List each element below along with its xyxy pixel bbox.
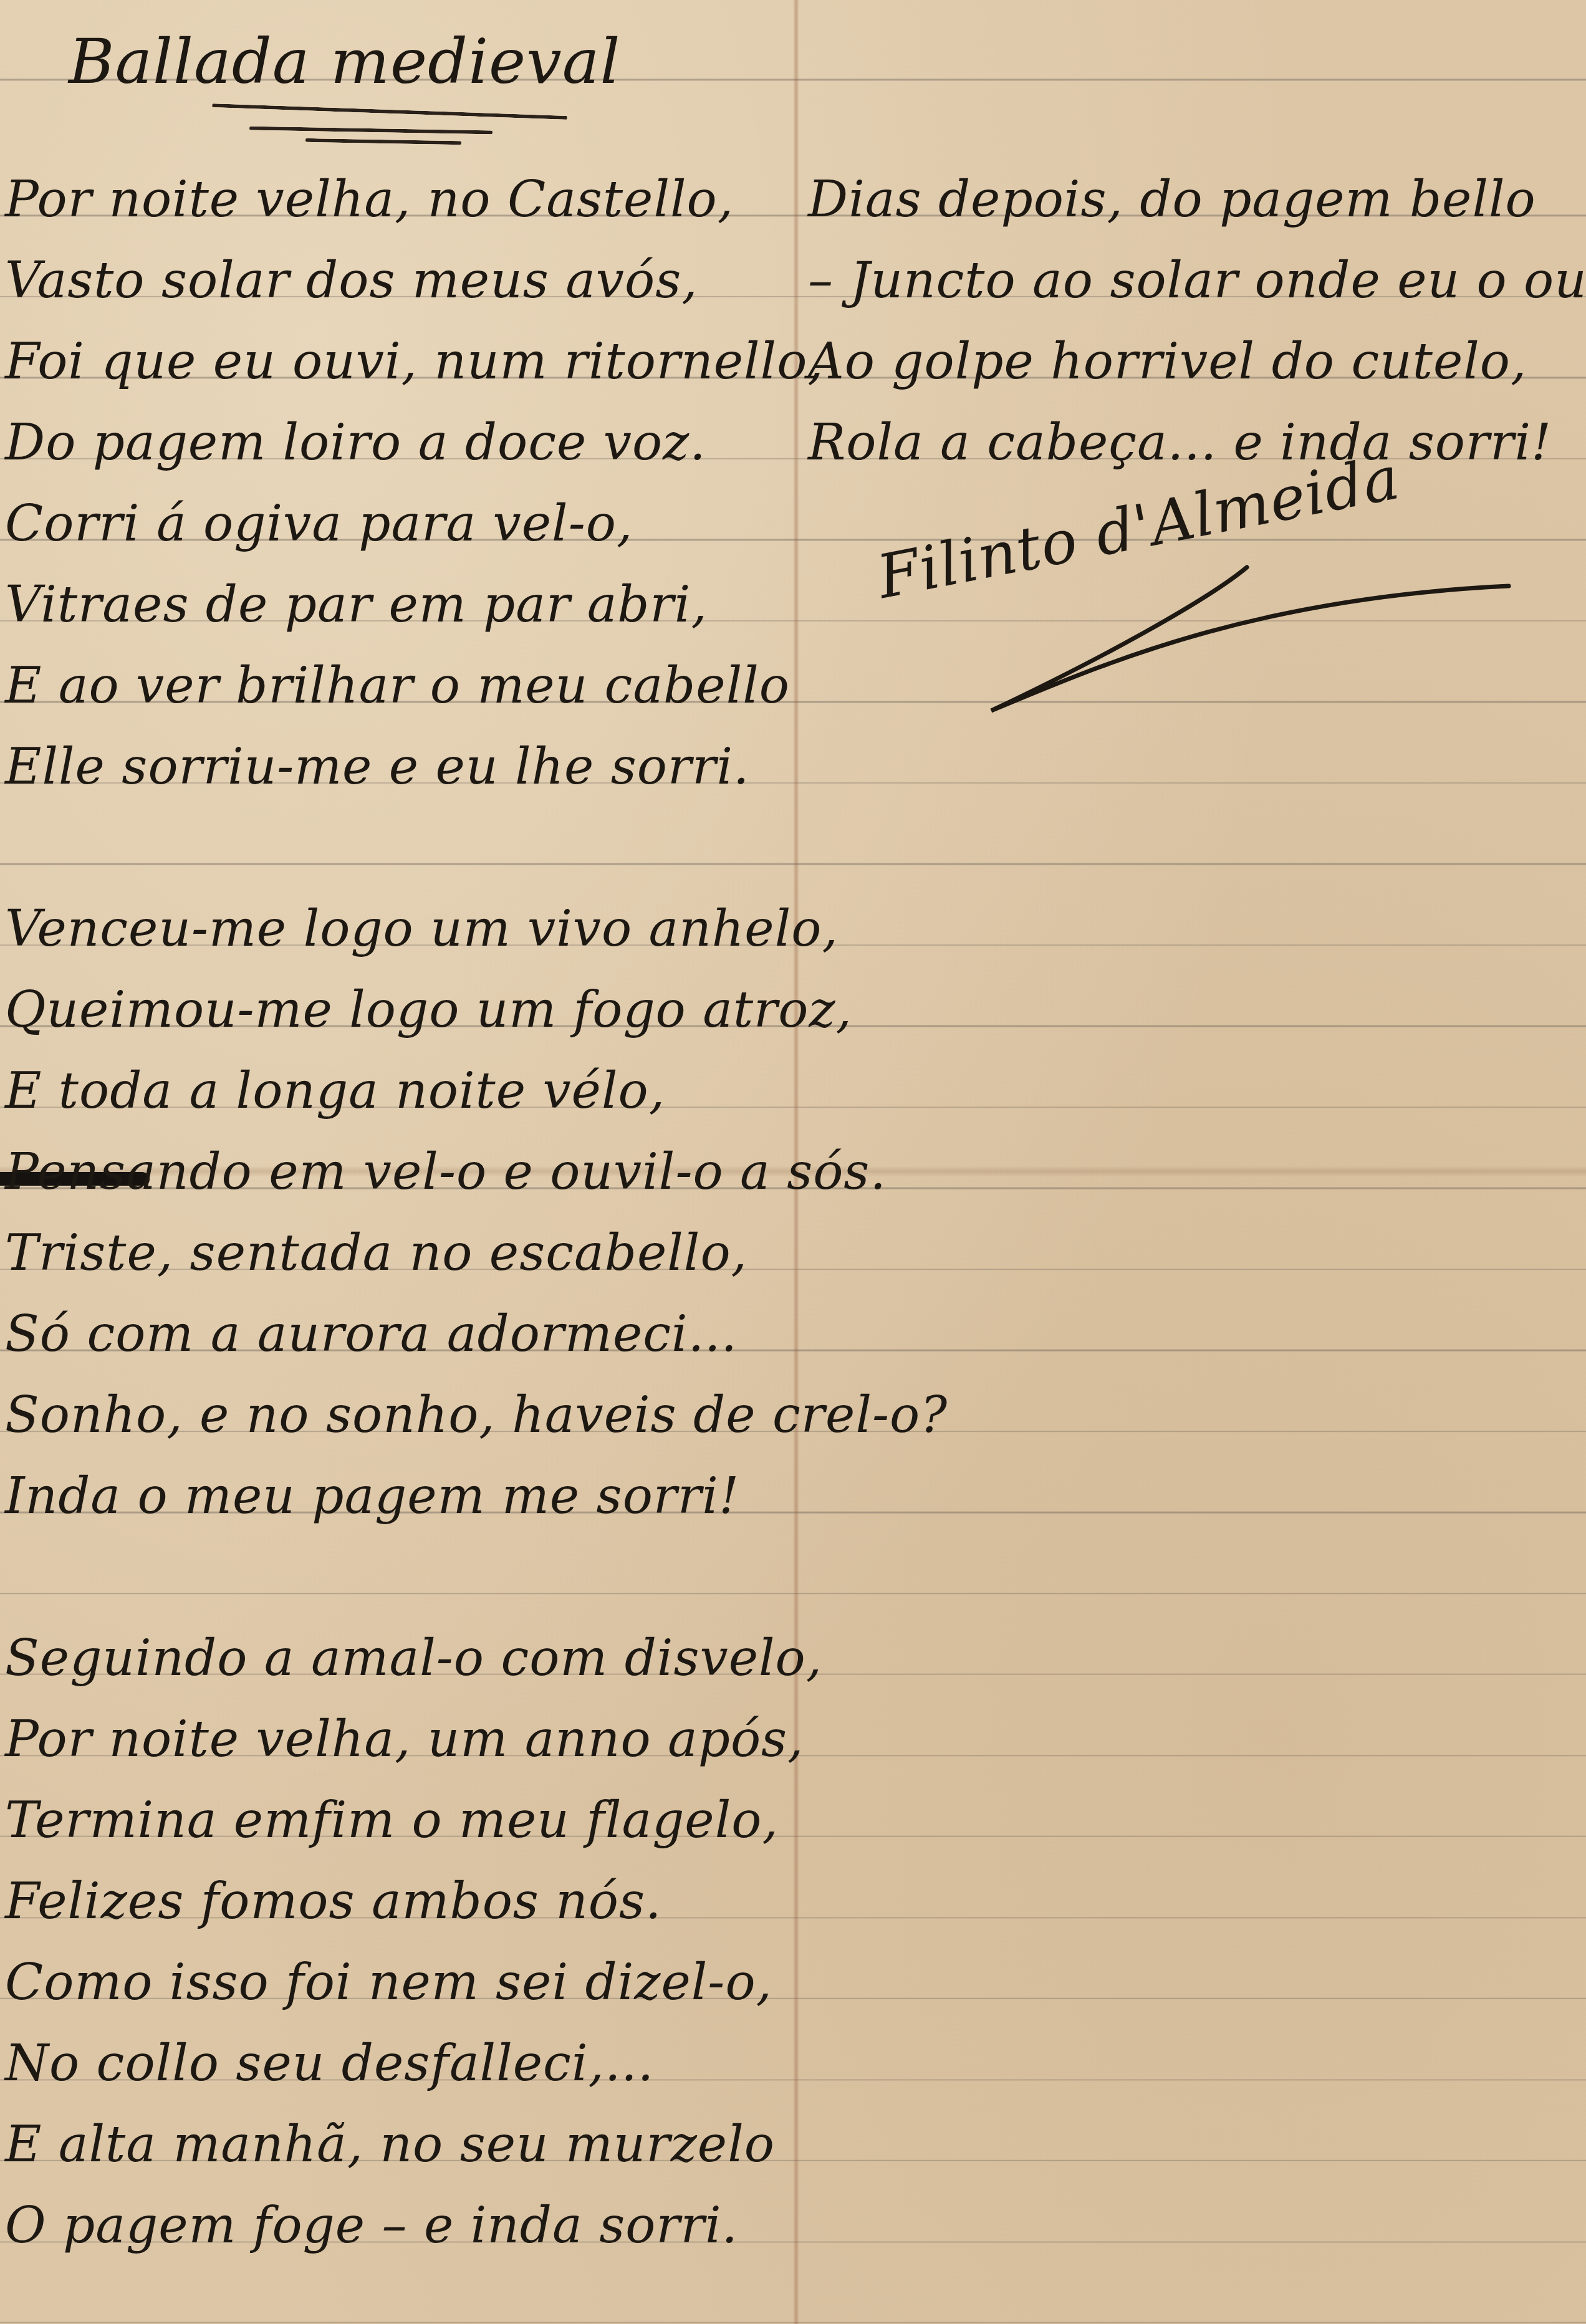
verse-line: Triste, sentada no escabello,	[5, 1228, 747, 1278]
verse-line: E alta manhã, no seu murzelo	[5, 2120, 775, 2169]
signature-flourish-icon	[985, 561, 1521, 717]
verse-line: Do pagem loiro a doce voz.	[5, 418, 706, 468]
verse-line: Termina emfim o meu flagelo,	[5, 1795, 779, 1845]
verse-line: Elle sorriu-me e eu lhe sorri.	[5, 742, 750, 792]
verse-line: Sonho, e no sonho, haveis de crel-o?	[5, 1390, 948, 1440]
verse-line: E ao ver brilhar o meu cabello	[5, 661, 790, 711]
manuscript-page: Ballada medieval Por noite velha, no Cas…	[0, 0, 1586, 2324]
verse-line: Foi que eu ouvi, num ritornello,	[5, 337, 824, 387]
verse-line: Por noite velha, um anno após,	[5, 1714, 804, 1764]
verse-line: Corri á ogiva para vel-o,	[5, 499, 633, 549]
verse-line: Pensando em vel-o e ouvil-o a sós.	[5, 1147, 887, 1197]
verse-line: Vasto solar dos meus avós,	[5, 256, 698, 305]
verse-line: – Juncto ao solar onde eu o ouvi,	[808, 256, 1586, 305]
verse-line: Só com a aurora adormeci...	[5, 1309, 738, 1359]
verse-line: Rola a cabeça... e inda sorri!	[808, 418, 1552, 468]
verse-line: Seguindo a amal-o com disvelo,	[5, 1633, 822, 1683]
verse-line: Queimou-me logo um fogo atroz,	[5, 985, 852, 1035]
verse-line: Dias depois, do pagem bello	[808, 175, 1536, 224]
verse-line: Felizes fomos ambos nós.	[5, 1876, 662, 1926]
verse-line: O pagem foge – e inda sorri.	[5, 2201, 738, 2250]
verse-line: No collo seu desfalleci,...	[5, 2038, 654, 2088]
verse-line: Venceu-me logo um vivo anhelo,	[5, 904, 839, 954]
verse-line: Por noite velha, no Castello,	[5, 175, 734, 224]
verse-line: Vitraes de par em par abri,	[5, 580, 708, 630]
poem-title: Ballada medieval	[69, 25, 620, 98]
verse-line: E toda a longa noite vélo,	[5, 1066, 665, 1116]
verse-line: Inda o meu pagem me sorri!	[5, 1471, 739, 1521]
verse-line: Como isso foi nem sei dizel-o,	[5, 1957, 772, 2007]
verse-line: Ao golpe horrivel do cutelo,	[808, 337, 1527, 387]
